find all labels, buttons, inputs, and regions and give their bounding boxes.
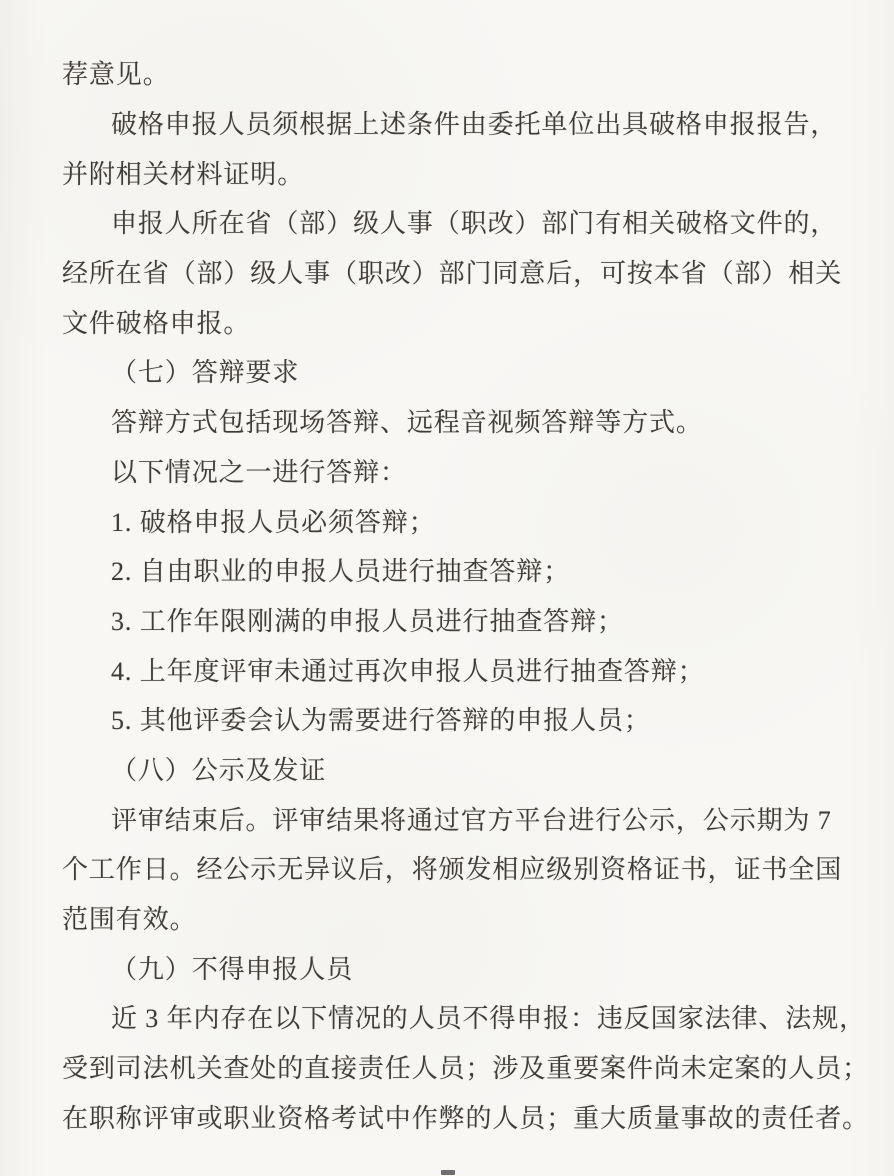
text-line: 范围有效。 [0,893,894,943]
text-line: 并附相关材料证明。 [0,147,894,197]
text-line: 2. 自由职业的申报人员进行抽查答辩； [0,545,894,595]
text-line: 以下情况之一进行答辩： [0,446,894,496]
page-number-partial-mark [441,1170,455,1175]
text-line: （九）不得申报人员 [0,942,894,992]
text-line: 答辩方式包括现场答辩、远程音视频答辩等方式。 [0,396,894,446]
text-line: 3. 工作年限刚满的申报人员进行抽查答辩； [0,595,894,645]
document-text: 荐意见。破格申报人员须根据上述条件由委托单位出具破格申报报告，并附相关材料证明。… [0,48,894,1141]
text-line: （八）公示及发证 [0,744,894,794]
text-line: 5. 其他评委会认为需要进行答辩的申报人员； [0,694,894,744]
text-line: 经所在省（部）级人事（职改）部门同意后，可按本省（部）相关 [0,247,894,297]
text-line: 文件破格申报。 [0,296,894,346]
text-line: 荐意见。 [0,48,894,98]
text-line: 1. 破格申报人员必须答辩； [0,495,894,545]
text-line: 在职称评审或职业资格考试中作弊的人员；重大质量事故的责任者。 [0,1091,894,1141]
text-line: 个工作日。经公示无异议后，将颁发相应级别资格证书，证书全国 [0,843,894,893]
text-line: 4. 上年度评审未通过再次申报人员进行抽查答辩； [0,644,894,694]
scanned-document-page: 荐意见。破格申报人员须根据上述条件由委托单位出具破格申报报告，并附相关材料证明。… [0,0,894,1176]
text-line: 受到司法机关查处的直接责任人员；涉及重要案件尚未定案的人员； [0,1042,894,1092]
text-line: 申报人所在省（部）级人事（职改）部门有相关破格文件的， [0,197,894,247]
text-line: 破格申报人员须根据上述条件由委托单位出具破格申报报告， [0,98,894,148]
text-line: （七）答辩要求 [0,346,894,396]
text-line: 近 3 年内存在以下情况的人员不得申报：违反国家法律、法规， [0,992,894,1042]
text-line: 评审结束后。评审结果将通过官方平台进行公示，公示期为 7 [0,793,894,843]
